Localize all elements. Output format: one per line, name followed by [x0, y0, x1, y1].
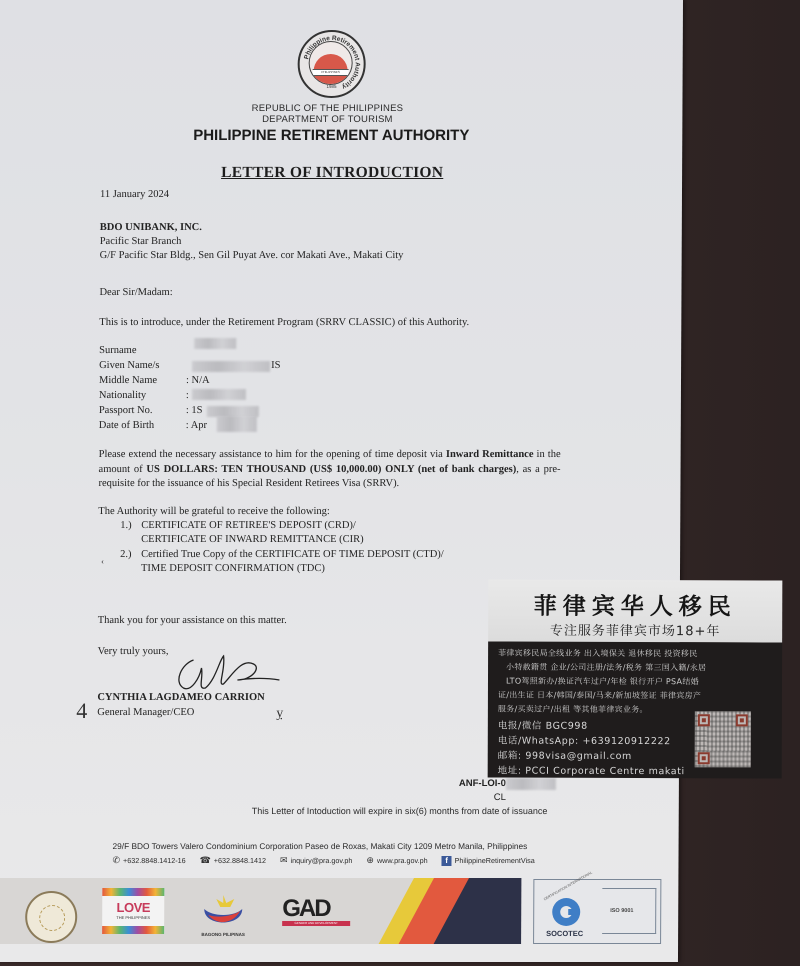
bagong-pilipinas-logo	[200, 893, 246, 933]
signatory-position: General Manager/CEO	[97, 706, 194, 720]
socotec-icon	[552, 898, 580, 926]
card-title: 菲律宾华人移民	[488, 587, 782, 621]
pen-tick-mark: ỵ	[276, 706, 283, 722]
contact-fax[interactable]: ☎+632.8848.1412	[200, 855, 266, 866]
footer-color-stripes	[365, 878, 521, 944]
letter-title: LETTER OF INTRODUCTION	[221, 164, 443, 182]
expiry-note: This Letter of Intoduction will expire i…	[252, 806, 548, 816]
detail-value: :	[186, 389, 189, 403]
contact-phone[interactable]: ✆+632.8848.1412-16	[112, 855, 185, 866]
detail-value: : Apr	[186, 419, 207, 433]
qr-code-icon[interactable]	[695, 711, 751, 767]
addressee-bank: BDO UNIBANK, INC.	[100, 221, 202, 235]
addressee-branch: Pacific Star Branch	[100, 235, 182, 249]
addressee-address: G/F Pacific Star Bldg., Sen Gil Puyat Av…	[100, 249, 404, 263]
card-service-line: 服务/买卖过户/出租 等其他菲律宾业务。	[498, 704, 648, 716]
salutation: Dear Sir/Madam:	[99, 286, 172, 300]
gad-logo: GAD GENDER AND DEVELOPMENT	[278, 893, 350, 931]
requirement-line: CERTIFICATE OF RETIREE'S DEPOSIT (CRD)/	[141, 519, 356, 533]
card-service-line: LTO驾照新办/换证汽车过户/年检 银行开户 PSA结婚	[506, 676, 699, 688]
thanks-line: Thank you for your assistance on this ma…	[98, 614, 287, 628]
card-wechat: 电报/微信 BGC998	[498, 718, 588, 732]
reference-initials: CL	[494, 792, 506, 803]
requirement-number: 1.)	[120, 519, 131, 533]
bagong-pilipinas-text: BAGONG PILIPINAS	[191, 932, 255, 937]
requirement-line: CERTIFICATE OF INWARD REMITTANCE (CIR)	[141, 533, 364, 547]
request-paragraph: Please extend the necessary assistance t…	[98, 448, 560, 492]
requirement-line: Certified True Copy of the CERTIFICATE O…	[141, 548, 444, 562]
contact-email[interactable]: ✉inquiry@pra.gov.ph	[280, 855, 353, 866]
redacted-value	[192, 389, 246, 400]
redacted-value	[217, 416, 257, 432]
card-phone[interactable]: 电话/WhatsApp: +639120912222	[498, 733, 671, 748]
intro-line: This is to introduce, under the Retireme…	[99, 316, 469, 330]
footer-contacts: ✆+632.8848.1412-16 ☎+632.8848.1412 ✉inqu…	[112, 855, 534, 866]
redacted-reference	[506, 778, 556, 790]
letter-page: Philippine Retirement Authority PHILIPPI…	[0, 0, 683, 962]
reference-code: ANF-LOI-0	[459, 778, 506, 789]
dot-seal-logo	[25, 891, 77, 943]
letter-date: 11 January 2024	[100, 188, 169, 202]
footer-address: 29/F BDO Towers Valero Condominium Corpo…	[113, 841, 528, 851]
detail-label: Nationality	[99, 389, 146, 403]
redacted-value	[192, 361, 270, 372]
card-service-line: 小特赦籍贯 企业/公司注册/法务/税务 第三国入籍/永居	[506, 662, 706, 674]
detail-value: : 1S	[186, 404, 203, 418]
organization-name: PHILIPPINE RETIREMENT AUTHORITY	[161, 127, 501, 144]
card-subtitle: 专注服务菲律宾市场18+年	[488, 619, 782, 639]
department-line: DEPARTMENT OF TOURISM	[177, 114, 477, 125]
detail-value: IS	[271, 359, 280, 373]
sun-rays-icon	[39, 905, 65, 931]
detail-label: Given Name/s	[99, 359, 159, 373]
socotec-iso-badge: CERTIFICATION INTERNATIONAL SOCOTEC ISO …	[533, 879, 661, 944]
pen-initial-mark: 4	[76, 698, 87, 724]
seal-year: 1985	[300, 84, 364, 89]
republic-line: REPUBLIC OF THE PHILIPPINES	[177, 103, 477, 114]
detail-label: Middle Name	[99, 374, 157, 388]
detail-label: Date of Birth	[99, 419, 154, 433]
card-service-line: 证/出生证 日本/韩国/泰国/马来/新加坡签证 菲律宾房产	[498, 690, 701, 702]
card-address: 地址: PCCI Corporate Centre makati	[498, 763, 685, 778]
requirement-line: TIME DEPOSIT CONFIRMATION (TDC)	[141, 562, 325, 576]
contact-facebook[interactable]: fPhilippineRetirementVisa	[442, 855, 535, 866]
detail-value: : N/A	[186, 374, 210, 388]
love-the-philippines-logo: LOVE THE PHILIPPINES	[102, 888, 164, 934]
pra-seal-logo: Philippine Retirement Authority PHILIPPI…	[297, 30, 365, 98]
requirement-number: 2.)	[120, 548, 131, 562]
seal-band: PHILIPPINES	[313, 69, 349, 76]
requirements-lead: The Authority will be grateful to receiv…	[98, 505, 330, 519]
pen-check-mark: ‹	[101, 556, 104, 566]
card-service-line: 菲律宾移民局全线业务 出入境保关 退休移民 投资移民	[498, 648, 697, 660]
redacted-value	[194, 338, 236, 349]
signature	[171, 650, 281, 695]
immigration-ad-card: 菲律宾华人移民 专注服务菲律宾市场18+年 菲律宾移民局全线业务 出入境保关 退…	[488, 579, 783, 778]
email-icon: ✉	[280, 855, 288, 866]
detail-label: Passport No.	[99, 404, 153, 418]
globe-icon: ⊕	[366, 855, 374, 866]
signatory-name: CYNTHIA LAGDAMEO CARRION	[97, 691, 265, 705]
valediction: Very truly yours,	[98, 645, 169, 659]
card-email[interactable]: 邮箱: 998visa@gmail.com	[498, 748, 632, 762]
facebook-icon: f	[442, 856, 452, 866]
phone-icon: ✆	[112, 855, 120, 866]
fax-icon: ☎	[200, 855, 211, 866]
contact-website[interactable]: ⊕www.pra.gov.ph	[366, 855, 427, 866]
detail-label: Surname	[99, 344, 136, 358]
